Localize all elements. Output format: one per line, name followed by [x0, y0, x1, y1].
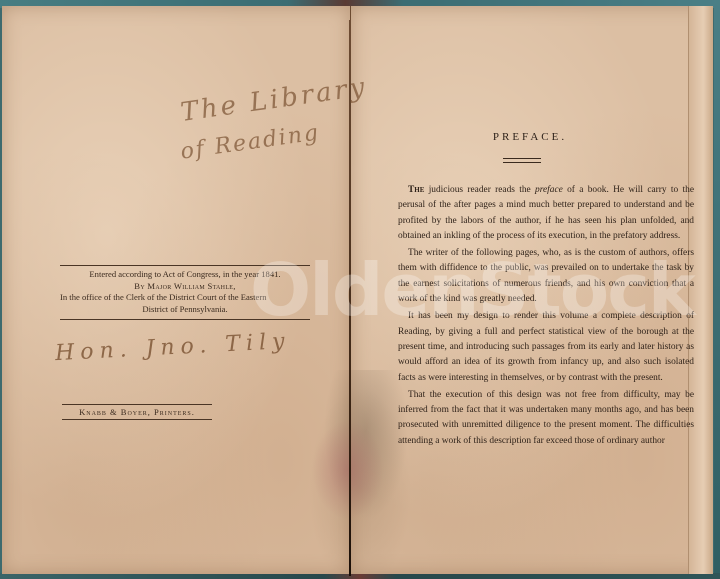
page-title: PREFACE.: [380, 131, 680, 143]
printers-imprint: Knabb & Boyer, Printers.: [62, 404, 212, 420]
copyright-line-1: Entered according to Act of Congress, in…: [60, 269, 310, 281]
drop-lead-word: The: [408, 185, 424, 195]
copyright-line-4: District of Pennsylvania.: [60, 304, 310, 316]
copyright-author: By Major William Stahle,: [60, 281, 310, 293]
paragraph-text: judicious reader reads the: [424, 185, 535, 195]
paragraph: It has been my design to render this vol…: [398, 309, 694, 385]
paragraph: That the execution of this design was no…: [398, 388, 694, 449]
paragraph: The writer of the following pages, who, …: [398, 246, 694, 307]
emphasis-text: preface: [535, 185, 563, 195]
copyright-notice: Entered according to Act of Congress, in…: [60, 265, 310, 320]
book-cover-right: [714, 0, 720, 579]
preface-body: The judicious reader reads the preface o…: [398, 183, 694, 451]
copyright-line-3: In the office of the Clerk of the Distri…: [60, 292, 310, 304]
title-rule-divider: [503, 158, 541, 163]
paragraph: The judicious reader reads the preface o…: [398, 183, 694, 244]
